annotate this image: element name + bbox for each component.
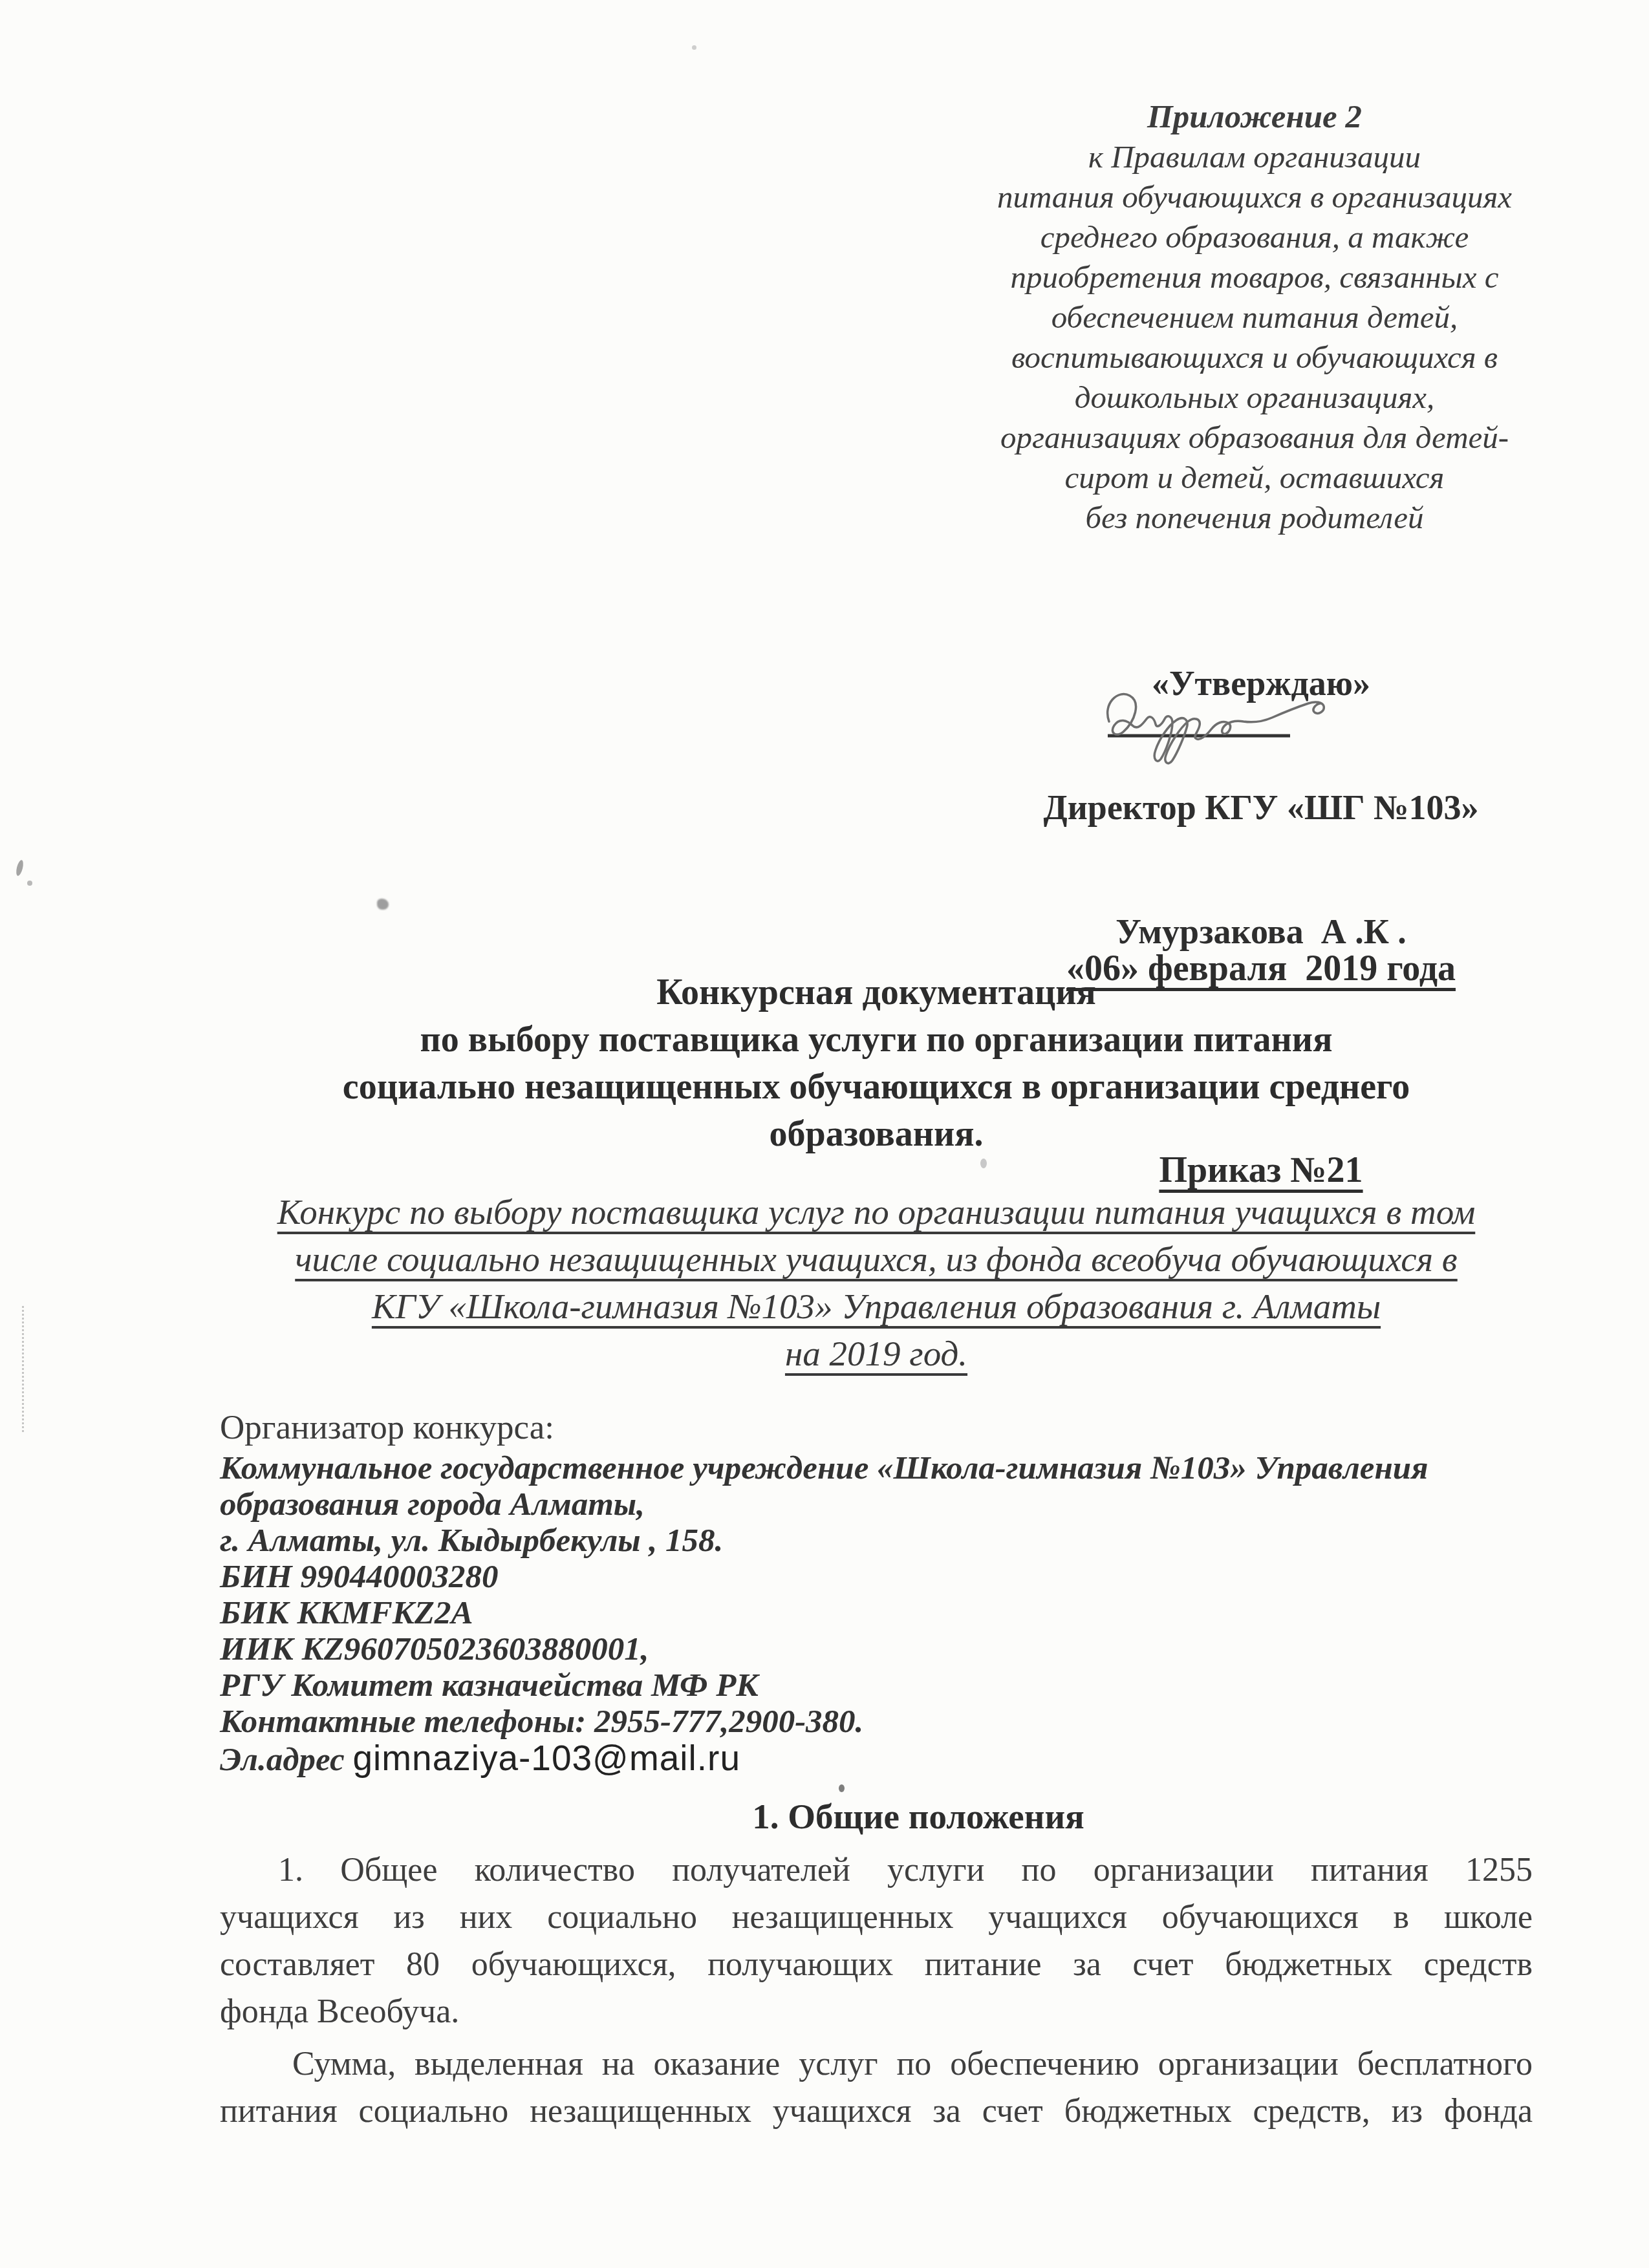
appendix-title: Приложение 2 [931,97,1578,137]
organizer-label: Организатор конкурса: [220,1408,554,1447]
appendix-line: питания обучающихся в организациях [931,177,1578,217]
organizer-bik: БИК KKMFKZ2A [220,1595,1552,1631]
appendix-line: среднего образования, а также [931,217,1578,257]
organizer-details: Коммунальное государственное учреждение … [220,1450,1552,1778]
appendix-line: приобретения товаров, связанных с [931,257,1578,297]
document-title: Конкурсная документация по выбору постав… [220,969,1533,1158]
organizer-phones: Контактные телефоны: 2955-777,2900-380. [220,1704,1552,1740]
title-line: по выбору поставщика услуги по организац… [220,1016,1533,1064]
email-label: Эл.адрес [220,1742,345,1778]
appendix-line: сирот и детей, оставшихся [931,458,1578,498]
title-line: Конкурсная документация [220,969,1533,1016]
appendix-line: организациях образования для детей- [931,418,1578,458]
email-address: gimnaziya-103@mail.ru [352,1738,740,1778]
title-line: социально незащищенных обучающихся в орг… [220,1064,1533,1111]
appendix-line: без попечения родителей [931,498,1578,538]
organizer-bin: БИН 990440003280 [220,1559,1552,1595]
contest-subtitle: Конкурс по выбору поставщика услуг по ор… [220,1188,1533,1377]
scan-artifact [839,1784,845,1792]
appendix-block: Приложение 2 к Правилам организации пита… [931,97,1578,538]
paragraph-general-2: Сумма, выделенная на оказание услуг по о… [220,2040,1533,2135]
appendix-line: дошкольных организациях, [931,378,1578,418]
appendix-line: обеспечением питания детей, [931,297,1578,337]
appendix-line: к Правилам организации [931,137,1578,177]
signature-scribble [1090,684,1355,771]
paragraph-line: фонда Всеобуча. [220,1988,1533,2035]
contest-line: Конкурс по выбору поставщика услуг по ор… [220,1188,1533,1236]
paragraph-line: 1. Общее количество получателей услуги п… [220,1846,1533,1894]
scanned-document-page: Приложение 2 к Правилам организации пита… [0,0,1649,2268]
scan-artifact [15,859,25,876]
contest-line: на 2019 год. [220,1330,1533,1377]
paragraph-line: учащихся из них социально незащищенных у… [220,1894,1533,1941]
organizer-address: г. Алматы, ул. Кыдырбекулы , 158. [220,1523,1552,1559]
paragraph-line: Сумма, выделенная на оказание услуг по о… [220,2040,1533,2088]
paragraph-line: питания социально незащищенных учащихся … [220,2088,1533,2135]
organizer-treasury: РГУ Комитет казначейства МФ РК [220,1667,1552,1704]
scan-artifact [27,881,32,886]
paragraph-general-1: 1. Общее количество получателей услуги п… [220,1846,1533,2035]
contest-line: КГУ «Школа-гимназия №103» Управления обр… [220,1283,1533,1330]
organizer-name-line: Коммунальное государственное учреждение … [220,1450,1552,1486]
scan-artifact [692,45,696,50]
paragraph-line: составляет 80 обучающихся, получающих пи… [220,1941,1533,1988]
section-heading: 1. Общие положения [220,1796,1533,1837]
scan-artifact [980,1159,987,1168]
scan-artifact [377,899,389,910]
organizer-email-line: Эл.адрес gimnaziya-103@mail.ru [220,1740,1552,1778]
contest-line: числе социально незащищенных учащихся, и… [220,1236,1533,1283]
appendix-line: воспитывающихся и обучающихся в [931,337,1578,378]
organizer-iik: ИИК KZ960705023603880001, [220,1631,1552,1667]
title-line: образования. [220,1111,1533,1158]
organizer-name-line: образования города Алматы, [220,1486,1552,1523]
scan-artifact [22,1306,24,1432]
